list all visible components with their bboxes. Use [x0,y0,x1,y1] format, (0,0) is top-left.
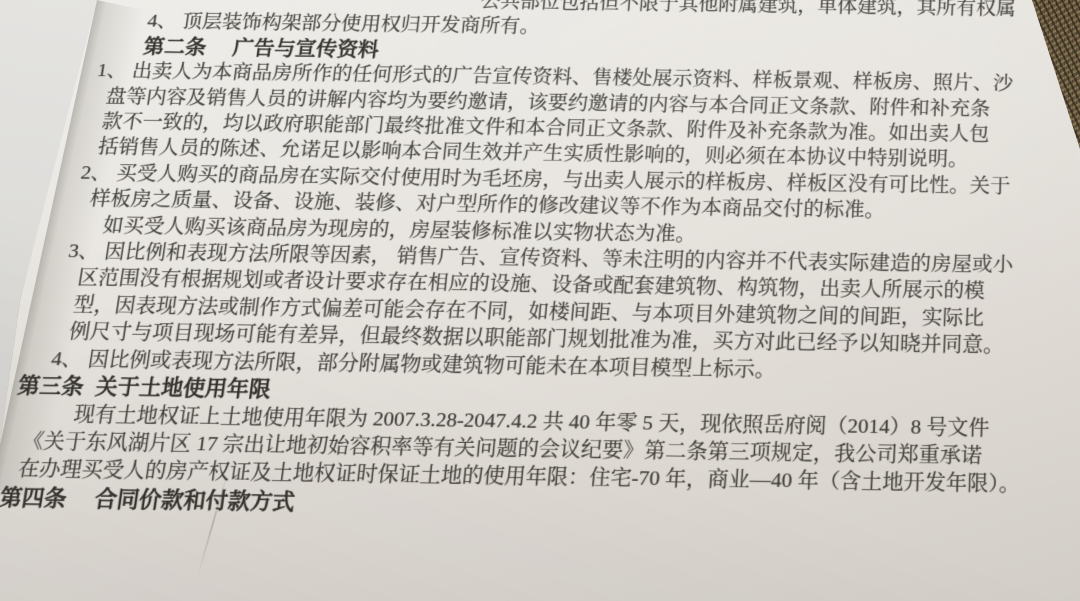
document-photo: 公共部位包括但不限于其他附属建筑，单体建筑，其所有权属4、 顶层装饰构架部分使用… [0,0,1080,601]
document-page: 公共部位包括但不限于其他附属建筑，单体建筑，其所有权属4、 顶层装饰构架部分使用… [0,0,1080,601]
contract-text-block: 公共部位包括但不限于其他附属建筑，单体建筑，其所有权属4、 顶层装饰构架部分使用… [3,0,1080,584]
